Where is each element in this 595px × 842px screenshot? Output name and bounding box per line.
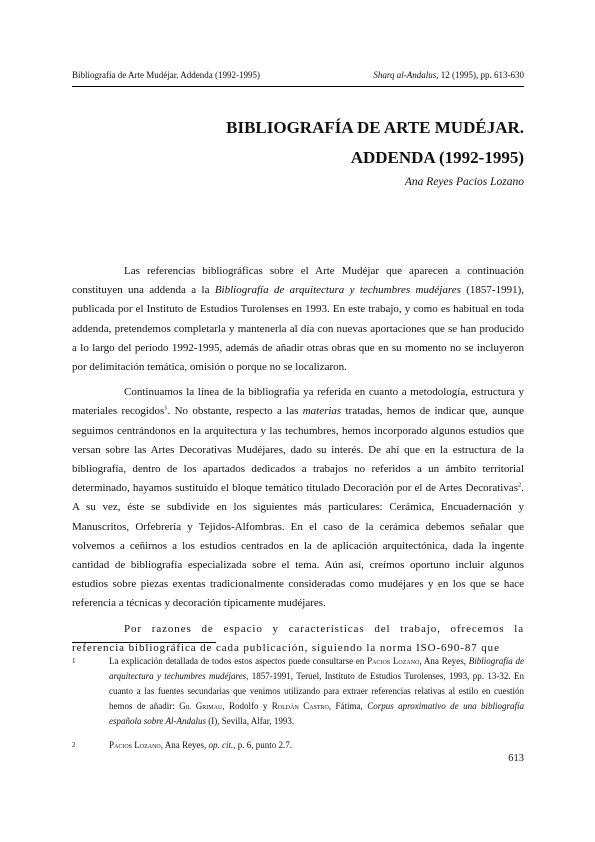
footnotes: 1 La explicación detallada de todos esto…: [72, 654, 524, 762]
text-run: , Ana Reyes,: [419, 656, 468, 666]
text-run: Por razones de espacio y características…: [72, 623, 524, 654]
text-run: La explicación detallada de todos estos …: [109, 656, 367, 666]
title-line-1: BIBLIOGRAFÍA DE ARTE MUDÉJAR.: [226, 113, 524, 143]
journal-name: Sharq al-Andalus: [373, 70, 436, 80]
footnote-text: La explicación detallada de todos estos …: [109, 654, 524, 729]
text-run: (1857-1991), publicada por el Instituto …: [72, 284, 524, 373]
header-rule: [72, 86, 524, 87]
text-run: , p. 6, punto 2.7.: [233, 740, 292, 750]
text-run: tratadas, hemos de indicar que, aunque s…: [72, 405, 524, 494]
footnote-1: 1 La explicación detallada de todos esto…: [72, 654, 524, 729]
footnote-number: 1: [72, 654, 109, 729]
header-left-title: Bibliografía de Arte Mudéjar. Addenda (1…: [72, 70, 260, 80]
author-surname: Gil Grimau: [179, 701, 222, 711]
footnote-text: Pacios Lozano, Ana Reyes, op. cit., p. 6…: [109, 738, 524, 753]
text-run: (I), Sevilla, Alfar, 1993.: [206, 716, 294, 726]
running-header: Bibliografía de Arte Mudéjar. Addenda (1…: [72, 68, 524, 82]
article-title: BIBLIOGRAFÍA DE ARTE MUDÉJAR. ADDENDA (1…: [226, 113, 524, 173]
footnote-2: 2 Pacios Lozano, Ana Reyes, op. cit., p.…: [72, 738, 524, 753]
author-surname: Pacios Lozano: [109, 740, 161, 750]
author-surname: Roldán Castro: [272, 701, 329, 711]
journal-volume-pages: , 12 (1995), pp. 613-630: [436, 70, 524, 80]
op-cit: op. cit.: [209, 740, 234, 750]
paragraph-1: Las referencias bibliográficas sobre el …: [72, 262, 524, 377]
header-right-citation: Sharq al-Andalus, 12 (1995), pp. 613-630: [373, 70, 524, 80]
page-number: 613: [508, 753, 524, 764]
footnote-number: 2: [72, 738, 109, 753]
paragraph-2: Continuamos la línea de la bibliografía …: [72, 383, 524, 613]
paragraph-3: Por razones de espacio y características…: [72, 620, 524, 658]
text-run: . No obstante, respecto a las: [168, 405, 303, 417]
book-title: Bibliografía de arquitectura y techumbre…: [215, 284, 461, 296]
text-run: , Fátima,: [329, 701, 367, 711]
italic-term: materias: [303, 405, 342, 417]
text-run: , Rodolfo y: [222, 701, 271, 711]
text-run: . A su vez, éste se subdivide en los sig…: [72, 482, 524, 609]
author-name: Ana Reyes Pacios Lozano: [405, 176, 524, 188]
title-line-2: ADDENDA (1992-1995): [226, 143, 524, 173]
footnote-separator: [72, 642, 216, 643]
body-text: Las referencias bibliográficas sobre el …: [72, 262, 524, 664]
text-run: , Ana Reyes,: [161, 740, 209, 750]
author-surname: Pacios Lozano: [367, 656, 419, 666]
